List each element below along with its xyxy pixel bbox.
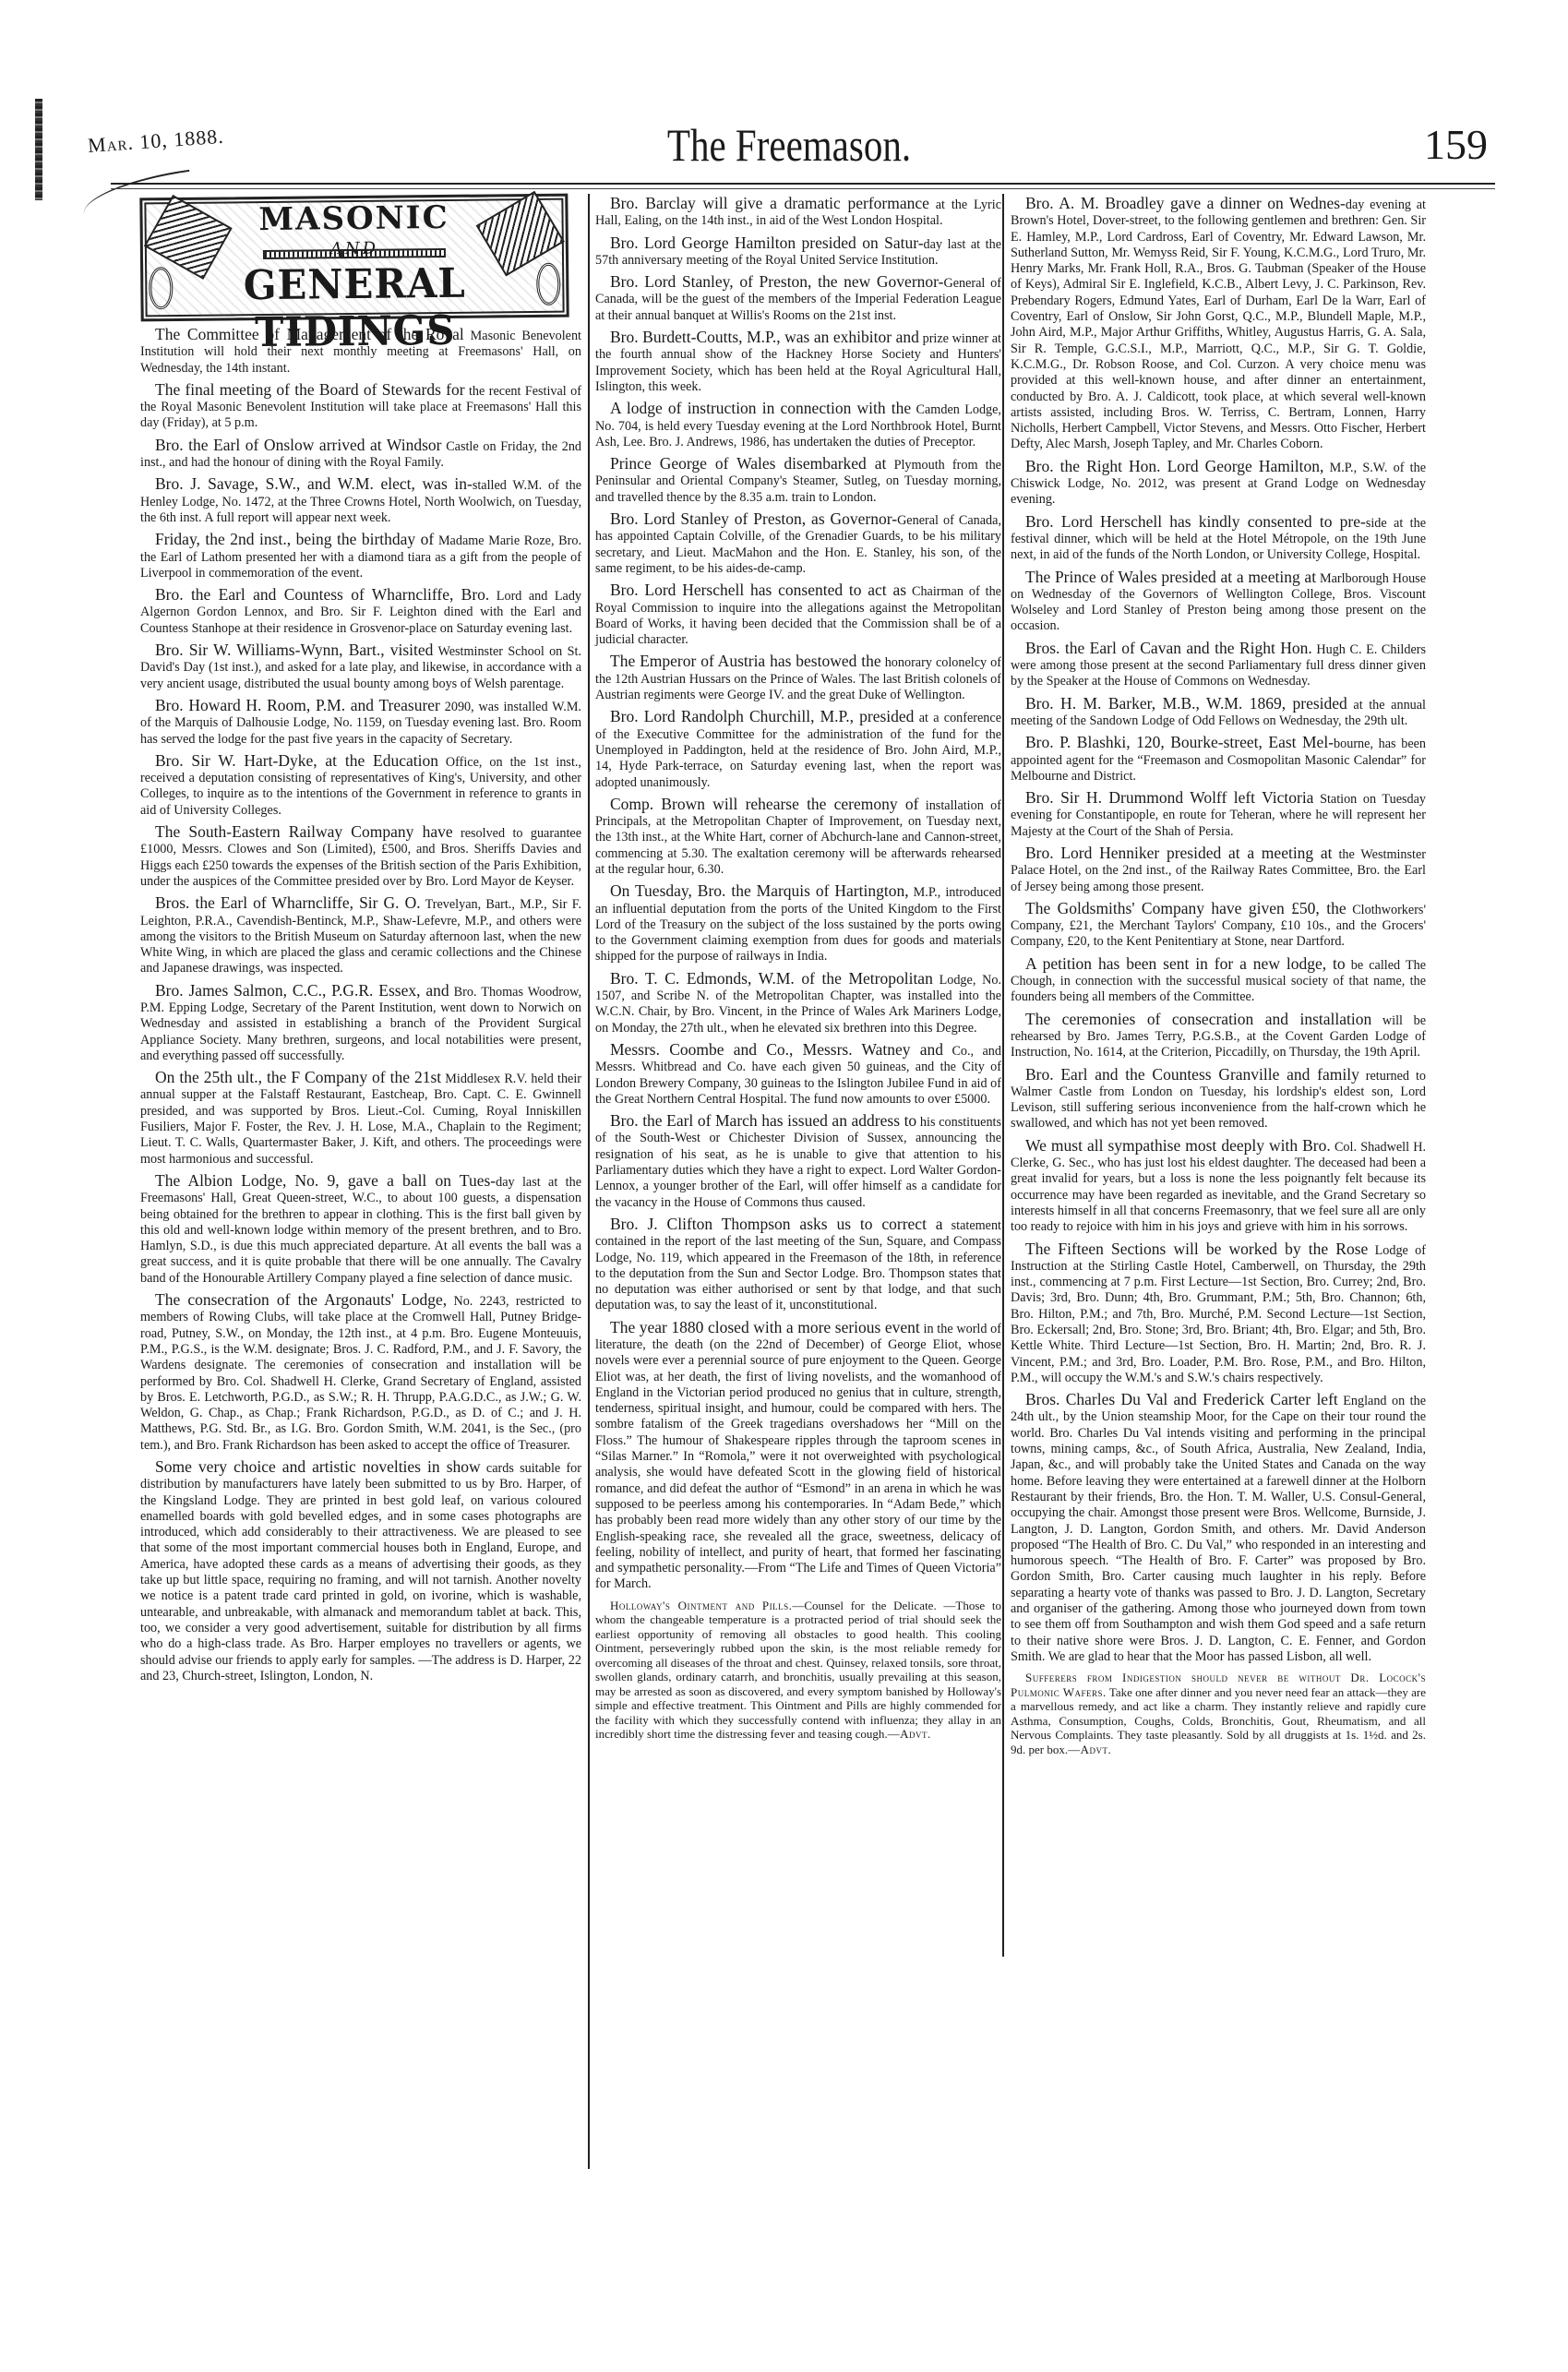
banner-line-masonic: MASONIC	[142, 198, 565, 240]
header-rule	[111, 183, 1495, 185]
news-item-lead: Bro. Lord Herschell has kindly consented…	[1025, 512, 1366, 531]
news-item: Bro. Lord Randolph Churchill, M.P., pres…	[595, 709, 1001, 790]
news-item: The final meeting of the Board of Stewar…	[140, 382, 581, 432]
news-item: The year 1880 closed with a more serious…	[595, 1320, 1001, 1593]
news-item-lead: Bro. Earl and the Countess Granville and…	[1025, 1065, 1359, 1084]
column-left: MASONIC AND GENERAL TIDINGS The Committe…	[140, 196, 581, 1690]
news-item: Bros. Charles Du Val and Frederick Carte…	[1011, 1392, 1426, 1665]
advertisement-holloway: Holloway's Ointment and Pills.—Counsel f…	[595, 1599, 1001, 1742]
news-item: Bro. the Earl of March has issued an add…	[595, 1113, 1001, 1211]
news-item: Friday, the 2nd inst., being the birthda…	[140, 532, 581, 581]
news-item-lead: The Goldsmiths' Company have given £50, …	[1025, 899, 1347, 917]
news-item: Comp. Brown will rehearse the ceremony o…	[595, 797, 1001, 878]
news-item-lead: Bro. James Salmon, C.C., P.G.R. Essex, a…	[155, 981, 449, 1000]
news-item: We must all sympathise most deeply with …	[1011, 1138, 1426, 1236]
news-item-lead: Bro. H. M. Barker, M.B., W.M. 1869, pres…	[1025, 694, 1347, 713]
news-item-lead: The consecration of the Argonauts' Lodge…	[155, 1290, 447, 1309]
news-item-lead: Bro. Burdett-Coutts, M.P., was an exhibi…	[610, 328, 919, 346]
page-number: 159	[1424, 120, 1488, 169]
news-item: Bro. the Earl and Countess of Wharncliff…	[140, 587, 581, 637]
news-item-lead: The ceremonies of consecration and insta…	[1025, 1010, 1371, 1028]
middle-column-articles: Bro. Barclay will give a dramatic perfor…	[595, 196, 1001, 1593]
news-item: On the 25th ult., the F Company of the 2…	[140, 1070, 581, 1168]
column-right: Bro. A. M. Broadley gave a dinner on Wed…	[1011, 196, 1426, 1762]
news-item-lead: Bro. Lord Stanley of Preston, as Governo…	[610, 509, 897, 528]
news-item: The Emperor of Austria has bestowed the …	[595, 653, 1001, 703]
news-item-lead: Bro. J. Clifton Thompson asks us to corr…	[610, 1215, 943, 1233]
news-item-body: in the world of literature, the death (o…	[595, 1322, 1001, 1592]
news-item: Prince George of Wales disembarked at Pl…	[595, 456, 1001, 506]
news-item: Bro. J. Savage, S.W., and W.M. elect, wa…	[140, 476, 581, 526]
news-item-lead: Bro. Lord Randolph Churchill, M.P., pres…	[610, 707, 914, 725]
news-item: Bros. the Earl of Wharncliffe, Sir G. O.…	[140, 895, 581, 976]
news-item-lead: A lodge of instruction in connection wit…	[610, 399, 911, 417]
news-item: On Tuesday, Bro. the Marquis of Hartingt…	[595, 883, 1001, 964]
news-item: Bro. the Earl of Onslow arrived at Winds…	[140, 437, 581, 472]
advertisement-suffix: —Advt.	[888, 1727, 931, 1741]
news-item-lead: Bro. T. C. Edmonds, W.M. of the Metropol…	[610, 969, 933, 988]
news-item: Bro. Earl and the Countess Granville and…	[1011, 1067, 1426, 1132]
news-item: Bro. Barclay will give a dramatic perfor…	[595, 196, 1001, 230]
news-item: Messrs. Coombe and Co., Messrs. Watney a…	[595, 1042, 1001, 1108]
news-item-lead: Friday, the 2nd inst., being the birthda…	[155, 530, 434, 548]
news-item-lead: The Albion Lodge, No. 9, gave a ball on …	[155, 1171, 496, 1190]
news-item-lead: Bro. the Right Hon. Lord George Hamilton…	[1025, 457, 1323, 475]
section-heading-banner: MASONIC AND GENERAL TIDINGS	[139, 194, 569, 322]
news-item-lead: Prince George of Wales disembarked at	[610, 454, 886, 473]
news-item: Bro. J. Clifton Thompson asks us to corr…	[595, 1216, 1001, 1314]
news-item-lead: Bro. the Earl of March has issued an add…	[610, 1111, 916, 1130]
issue-date: Mar. 10, 1888.	[87, 125, 224, 158]
header-rule-secondary	[111, 188, 1495, 189]
news-item-lead: Bro. Lord Herschell has consented to act…	[610, 581, 906, 599]
news-item: The Goldsmiths' Company have given £50, …	[1011, 901, 1426, 951]
news-item: Bro. Sir W. Hart-Dyke, at the Education …	[140, 753, 581, 819]
news-item-lead: Bro. Lord George Hamilton presided on Sa…	[610, 234, 924, 252]
news-item: Bro. Lord George Hamilton presided on Sa…	[595, 235, 1001, 270]
news-item-lead: Messrs. Coombe and Co., Messrs. Watney a…	[610, 1040, 943, 1059]
news-item-lead: Bro. Barclay will give a dramatic perfor…	[610, 194, 929, 212]
left-column-articles: The Committee of Management of the Royal…	[140, 327, 581, 1684]
news-item: Bro. Howard H. Room, P.M. and Treasurer …	[140, 698, 581, 748]
news-item: Bro. Lord Herschell has kindly consented…	[1011, 514, 1426, 564]
news-item: Bro. A. M. Broadley gave a dinner on Wed…	[1011, 196, 1426, 453]
news-item-lead: On Tuesday, Bro. the Marquis of Hartingt…	[610, 881, 909, 900]
news-item: The consecration of the Argonauts' Lodge…	[140, 1292, 581, 1454]
newspaper-title: The Freemason.	[210, 118, 1369, 172]
advertisement-locock: Sufferers from Indigestion should never …	[1011, 1671, 1426, 1756]
column-divider	[1002, 194, 1004, 1957]
news-item-lead: Bro. P. Blashki, 120, Bourke-street, Eas…	[1025, 733, 1334, 751]
news-item: Bro. Lord Stanley, of Preston, the new G…	[595, 274, 1001, 324]
news-item: Bro. T. C. Edmonds, W.M. of the Metropol…	[595, 971, 1001, 1036]
right-column-articles: Bro. A. M. Broadley gave a dinner on Wed…	[1011, 196, 1426, 1665]
news-item: A petition has been sent in for a new lo…	[1011, 956, 1426, 1006]
news-item-lead: The Fifteen Sections will be worked by t…	[1025, 1240, 1368, 1258]
news-item-lead: The Prince of Wales presided at a meetin…	[1025, 568, 1316, 586]
news-item-lead: The final meeting of the Board of Stewar…	[155, 380, 465, 399]
news-item: Bro. Burdett-Coutts, M.P., was an exhibi…	[595, 329, 1001, 395]
news-item-lead: The South-Eastern Railway Company have	[155, 822, 453, 841]
scan-edge-strip	[35, 99, 42, 200]
news-item: The ceremonies of consecration and insta…	[1011, 1012, 1426, 1061]
news-item-lead: Bro. J. Savage, S.W., and W.M. elect, wa…	[155, 474, 473, 493]
news-item: The Prince of Wales presided at a meetin…	[1011, 569, 1426, 635]
news-item-lead: Bro. the Earl of Onslow arrived at Winds…	[155, 436, 441, 454]
news-item-body: Lodge of Instruction at the Stirling Cas…	[1011, 1243, 1426, 1385]
news-item-lead: Bros. the Earl of Wharncliffe, Sir G. O.	[155, 893, 421, 912]
news-item: Bro. James Salmon, C.C., P.G.R. Essex, a…	[140, 983, 581, 1064]
news-item-lead: Bro. A. M. Broadley gave a dinner on Wed…	[1025, 194, 1346, 212]
advertisement-title: Holloway's Ointment and Pills.	[610, 1599, 792, 1612]
news-item-lead: Bro. Sir W. Hart-Dyke, at the Education	[155, 751, 438, 770]
advertisement-body: —Counsel for the Delicate. —Those to who…	[595, 1599, 1001, 1742]
news-item: The South-Eastern Railway Company have r…	[140, 824, 581, 890]
news-item-body: England on the 24th ult., by the Union s…	[1011, 1394, 1426, 1664]
news-item: The Albion Lodge, No. 9, gave a ball on …	[140, 1173, 581, 1287]
news-item-lead: We must all sympathise most deeply with …	[1025, 1136, 1331, 1155]
column-divider	[588, 194, 590, 2169]
news-item-lead: Some very choice and artistic novelties …	[155, 1457, 481, 1476]
news-item-lead: Bro. Howard H. Room, P.M. and Treasurer	[155, 696, 440, 714]
news-item: Some very choice and artistic novelties …	[140, 1459, 581, 1684]
news-item: Bros. the Earl of Cavan and the Right Ho…	[1011, 641, 1426, 690]
column-middle: Bro. Barclay will give a dramatic perfor…	[595, 196, 1001, 1747]
news-item: Bro. Lord Henniker presided at a meeting…	[1011, 845, 1426, 895]
news-item: Bro. Sir W. Williams-Wynn, Bart., visite…	[140, 642, 581, 692]
news-item: The Fifteen Sections will be worked by t…	[1011, 1241, 1426, 1387]
advertisement-suffix: —Advt.	[1068, 1743, 1111, 1756]
banner-line-general-tidings: GENERAL TIDINGS	[154, 259, 557, 358]
news-item-lead: Bros. the Earl of Cavan and the Right Ho…	[1025, 639, 1312, 657]
news-item: Bro. Lord Herschell has consented to act…	[595, 582, 1001, 648]
news-item-lead: A petition has been sent in for a new lo…	[1025, 954, 1346, 973]
news-item-body: day last at the Freemasons' Hall, Great …	[140, 1175, 581, 1286]
news-item-lead: Bro. Lord Stanley, of Preston, the new G…	[610, 272, 943, 291]
news-item-lead: Bros. Charles Du Val and Frederick Carte…	[1025, 1390, 1338, 1408]
news-item-lead: Bro. Sir W. Williams-Wynn, Bart., visite…	[155, 641, 433, 659]
news-item-lead: Bro. Lord Henniker presided at a meeting…	[1025, 844, 1333, 862]
news-item: Bro. Lord Stanley of Preston, as Governo…	[595, 511, 1001, 577]
news-item: Bro. H. M. Barker, M.B., W.M. 1869, pres…	[1011, 696, 1426, 730]
masthead: Mar. 10, 1888. The Freemason. 159	[83, 92, 1495, 185]
news-item-body: day evening at Brown's Hotel, Dover-stre…	[1011, 198, 1426, 451]
news-item-lead: Bro. Sir H. Drummond Wolff left Victoria	[1025, 788, 1313, 807]
news-item: Bro. the Right Hon. Lord George Hamilton…	[1011, 459, 1426, 509]
news-item: A lodge of instruction in connection wit…	[595, 401, 1001, 450]
news-item-body: No. 2243, restricted to members of Rowin…	[140, 1294, 581, 1453]
news-item-lead: The year 1880 closed with a more serious…	[610, 1318, 920, 1336]
news-item-lead: On the 25th ult., the F Company of the 2…	[155, 1068, 441, 1086]
news-item-lead: The Emperor of Austria has bestowed the	[610, 652, 881, 670]
news-item: Bro. Sir H. Drummond Wolff left Victoria…	[1011, 790, 1426, 840]
news-item-lead: Comp. Brown will rehearse the ceremony o…	[610, 795, 918, 813]
news-item-lead: Bro. the Earl and Countess of Wharncliff…	[155, 585, 489, 604]
news-item: Bro. P. Blashki, 120, Bourke-street, Eas…	[1011, 735, 1426, 785]
news-item-body: cards suitable for distribution by manuf…	[140, 1461, 581, 1683]
